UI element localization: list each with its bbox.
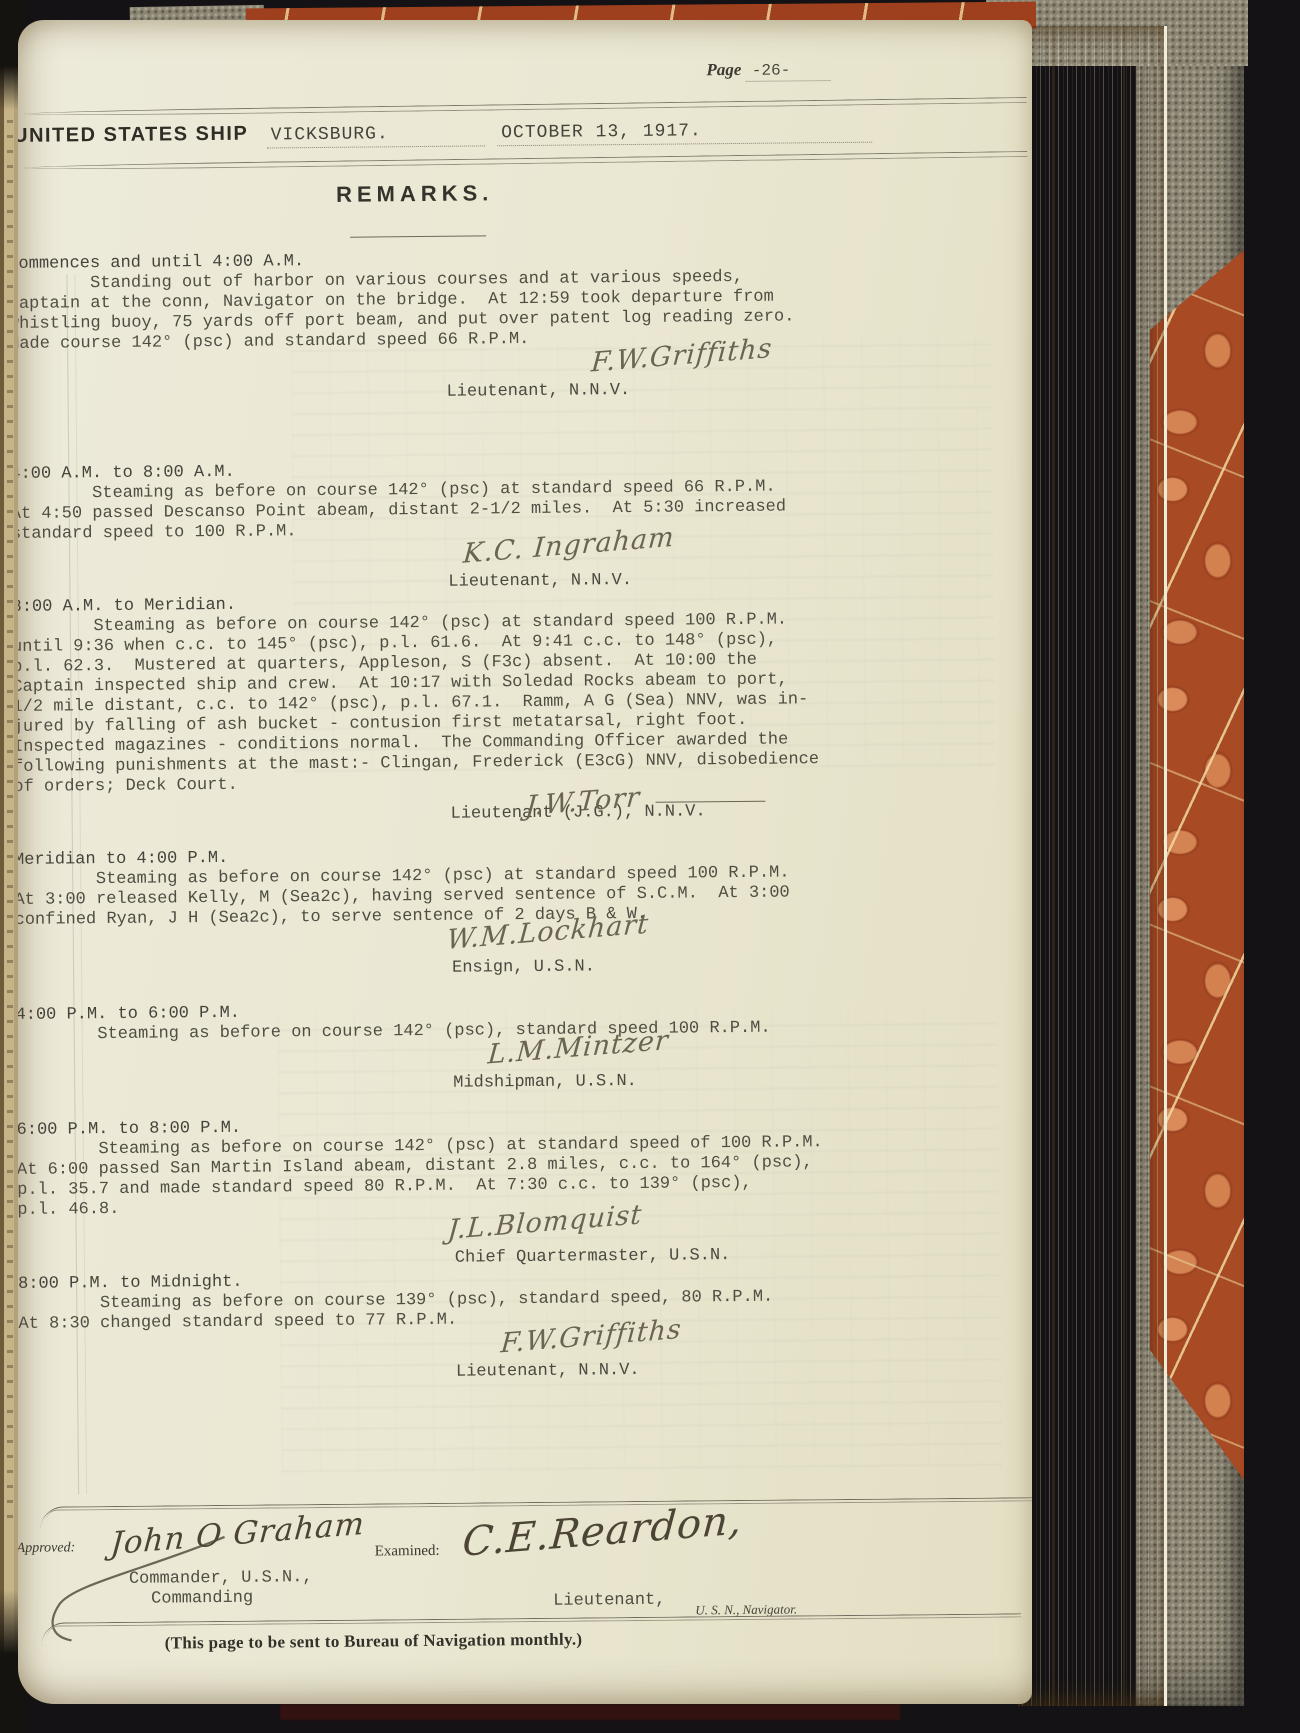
signer-title: Ensign, U.S.N. <box>452 953 1025 978</box>
remarks-rule <box>350 235 486 237</box>
log-entry: Commences and until 4:00 A.M. Standing o… <box>18 245 1020 407</box>
log-entry: 8:00 A.M. to Meridian. Steaming as befor… <box>18 588 1024 829</box>
ship-header-row: UNITED STATES SHIP VICKSBURG. OCTOBER 13… <box>18 115 1023 151</box>
signer-title: Lieutenant, N.N.V. <box>456 1357 1029 1382</box>
log-entries: Commences and until 4:00 A.M. Standing o… <box>18 20 1032 25</box>
examined-label: Examined: <box>375 1543 440 1561</box>
signer-title: Lieutenant, N.N.V. <box>446 377 1019 402</box>
signer-title: Chief Quartermaster, U.S.N. <box>455 1243 1028 1268</box>
photographed-logbook: Page -26- UNITED STATES SHIP VICKSBURG. … <box>0 0 1300 1733</box>
page-number: Page -26- <box>706 59 830 80</box>
header-rule <box>23 151 1027 171</box>
page-content: Page -26- UNITED STATES SHIP VICKSBURG. … <box>18 20 1032 1704</box>
approved-title-line2: Commanding <box>151 1589 253 1610</box>
log-entry: 4:00 P.M. to 6:00 P.M. Steaming as befor… <box>18 996 1026 1098</box>
previous-page-edge <box>0 0 20 1733</box>
ship-name: VICKSBURG. <box>267 123 485 148</box>
log-entry: 8:00 P.M. to Midnight. Steaming as befor… <box>18 1265 1029 1387</box>
log-page: Page -26- UNITED STATES SHIP VICKSBURG. … <box>18 20 1032 1704</box>
page-label-number: -26- <box>746 61 831 82</box>
log-entry: 4:00 A.M. to 8:00 A.M. Steaming as befor… <box>18 455 1021 597</box>
page-label-prefix: Page <box>706 60 741 79</box>
cover-shadow-strip <box>280 1704 900 1720</box>
approved-title-line1: Commander, U.S.N., <box>129 1568 313 1590</box>
examined-title: Lieutenant, <box>553 1591 665 1612</box>
signer-title: Midshipman, U.S.N. <box>453 1068 1026 1093</box>
log-date: OCTOBER 13, 1917. <box>497 120 872 147</box>
log-entry: 6:00 P.M. to 8:00 P.M. Steaming as befor… <box>18 1111 1028 1273</box>
remarks-title: REMARKS. <box>20 177 810 211</box>
page-edge-stack <box>1018 26 1167 1706</box>
header-rule <box>23 97 1027 117</box>
log-entry: Meridian to 4:00 P.M. Steaming as before… <box>18 841 1025 983</box>
ship-label: UNITED STATES SHIP <box>18 123 248 147</box>
